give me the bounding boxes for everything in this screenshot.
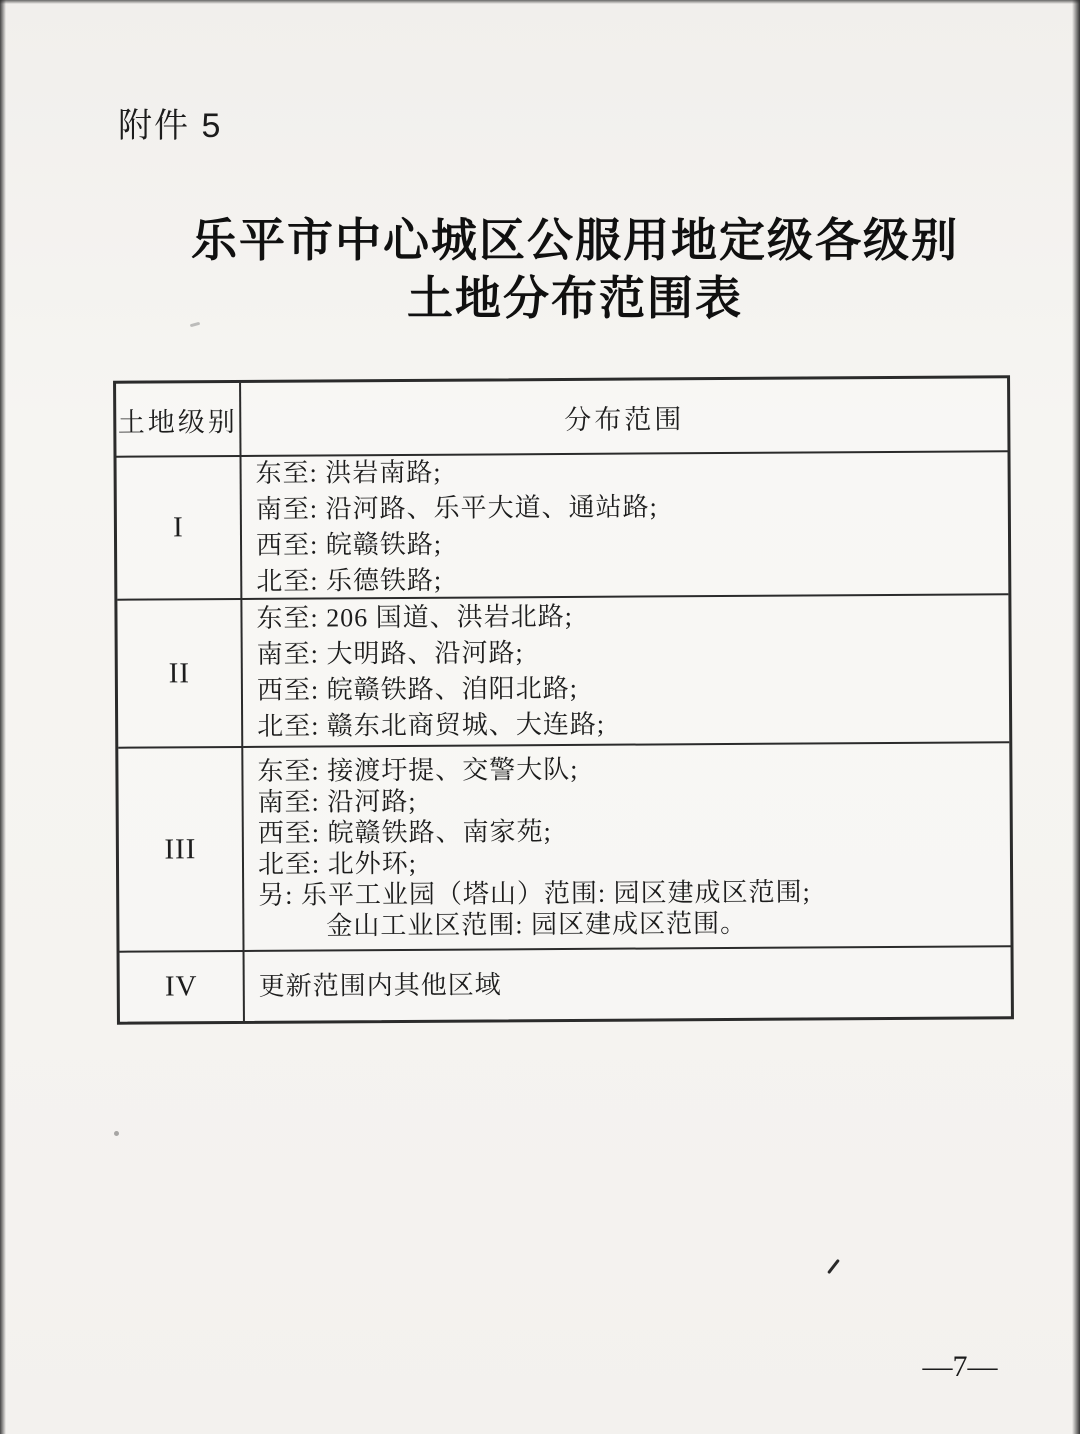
scan-speck <box>114 1131 119 1136</box>
range-cell-row-1: 东至: 洪岩南路; 南至: 沿河路、乐平大道、通站路; 西至: 皖赣铁路; 北至… <box>241 450 1008 598</box>
header-cell-land-level: 土地级别 <box>116 383 241 456</box>
range-line: 北至: 北外环; <box>258 844 996 880</box>
level-cell-row-2: II <box>117 598 243 747</box>
range-line: 南至: 沿河路; <box>258 782 996 818</box>
level-cell-row-1: I <box>116 455 242 599</box>
range-line: 东至: 接渡圩提、交警大队; <box>257 751 995 787</box>
land-grade-table: 土地级别 分布范围 I 东至: 洪岩南路; 南至: 沿河路、乐平大道、通站路; … <box>113 375 1014 1024</box>
range-line: 南至: 大明路、沿河路; <box>257 632 995 673</box>
range-line: 东至: 206 国道、洪岩北路; <box>256 596 994 637</box>
level-cell-row-4: IV <box>120 950 245 1022</box>
attachment-label: 附件 5 <box>118 98 222 147</box>
range-line: 北至: 赣东北商贸城、大连路; <box>257 704 995 745</box>
title-line-1: 乐平市中心城区公服用地定级各级别 <box>70 212 1080 270</box>
title-line-2: 土地分布范围表 <box>70 270 1080 328</box>
scan-edge-top <box>0 0 1080 4</box>
range-cell-row-4: 更新范围内其他区域 <box>245 945 1011 1021</box>
page-number: —7— <box>900 1350 1020 1384</box>
header-cell-distribution-range: 分布范围 <box>241 378 1007 455</box>
range-cell-row-3: 东至: 接渡圩提、交警大队; 南至: 沿河路; 西至: 皖赣铁路、南家苑; 北至… <box>243 741 1010 950</box>
range-cell-row-2: 东至: 206 国道、洪岩北路; 南至: 大明路、沿河路; 西至: 皖赣铁路、洎… <box>242 593 1009 746</box>
range-line: 金山工业区范围: 园区建成区范围。 <box>258 906 996 942</box>
scan-edge-left <box>0 0 6 1434</box>
range-line: 西至: 皖赣铁路、洎阳北路; <box>257 668 995 709</box>
range-line: 西至: 皖赣铁路; <box>256 523 994 564</box>
level-cell-row-3: III <box>118 746 244 951</box>
range-line: 更新范围内其他区域 <box>259 964 997 1005</box>
range-line: 南至: 沿河路、乐平大道、通站路; <box>256 487 994 528</box>
range-line: 东至: 洪岩南路; <box>255 451 993 492</box>
scanned-page: 附件 5 乐平市中心城区公服用地定级各级别 土地分布范围表 土地级别 分布范围 … <box>0 0 1080 1434</box>
document-title: 乐平市中心城区公服用地定级各级别 土地分布范围表 <box>70 212 1080 328</box>
range-line: 西至: 皖赣铁路、南家苑; <box>258 813 996 849</box>
range-line: 另: 乐平工业园（塔山）范围: 园区建成区范围; <box>258 875 996 911</box>
pen-mark <box>827 1259 840 1274</box>
